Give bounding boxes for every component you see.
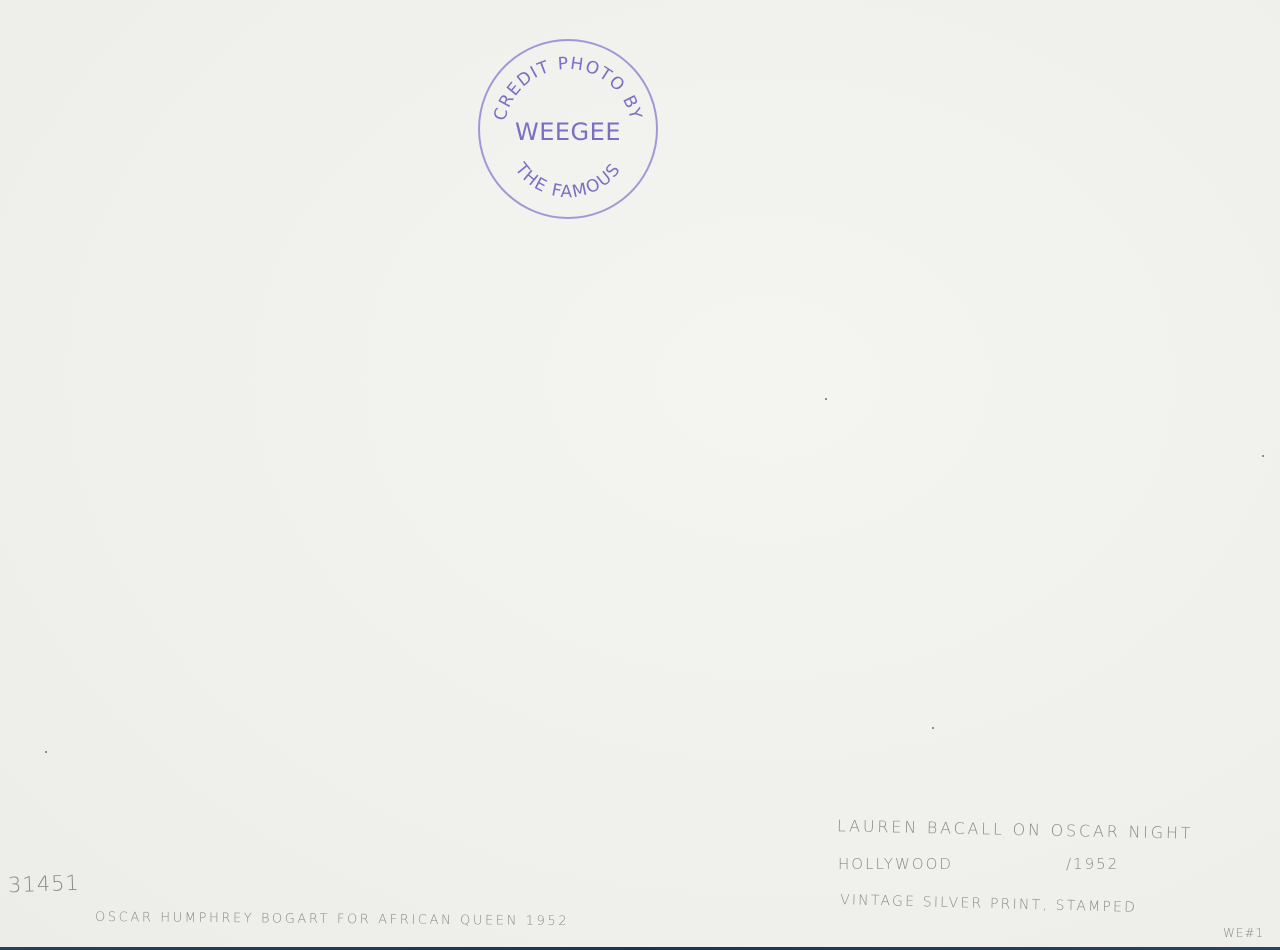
- paper-speck: [1262, 455, 1264, 457]
- credit-stamp: CREDIT PHOTO BY WEEGEE THE FAMOUS: [476, 37, 660, 221]
- caption-location-line: HOLLYWOOD /1952: [838, 855, 953, 873]
- paper-speck: [45, 751, 47, 753]
- stamp-center-text: WEEGEE: [515, 118, 621, 146]
- svg-text:THE FAMOUS: THE FAMOUS: [510, 159, 625, 203]
- caption-year: /1952: [1066, 855, 1119, 873]
- reference-code: WE#1: [1223, 926, 1264, 940]
- stamp-top-arc-text: CREDIT PHOTO BY: [490, 54, 645, 123]
- stamp-circle-icon: CREDIT PHOTO BY WEEGEE THE FAMOUS: [476, 37, 660, 221]
- paper-speck: [825, 398, 827, 400]
- stamp-bottom-arc-text: THE FAMOUS: [510, 159, 625, 203]
- svg-text:CREDIT PHOTO BY: CREDIT PHOTO BY: [490, 54, 645, 123]
- paper-speck: [932, 727, 934, 729]
- inventory-number: 31451: [8, 871, 81, 897]
- caption-location: HOLLYWOOD: [838, 855, 953, 873]
